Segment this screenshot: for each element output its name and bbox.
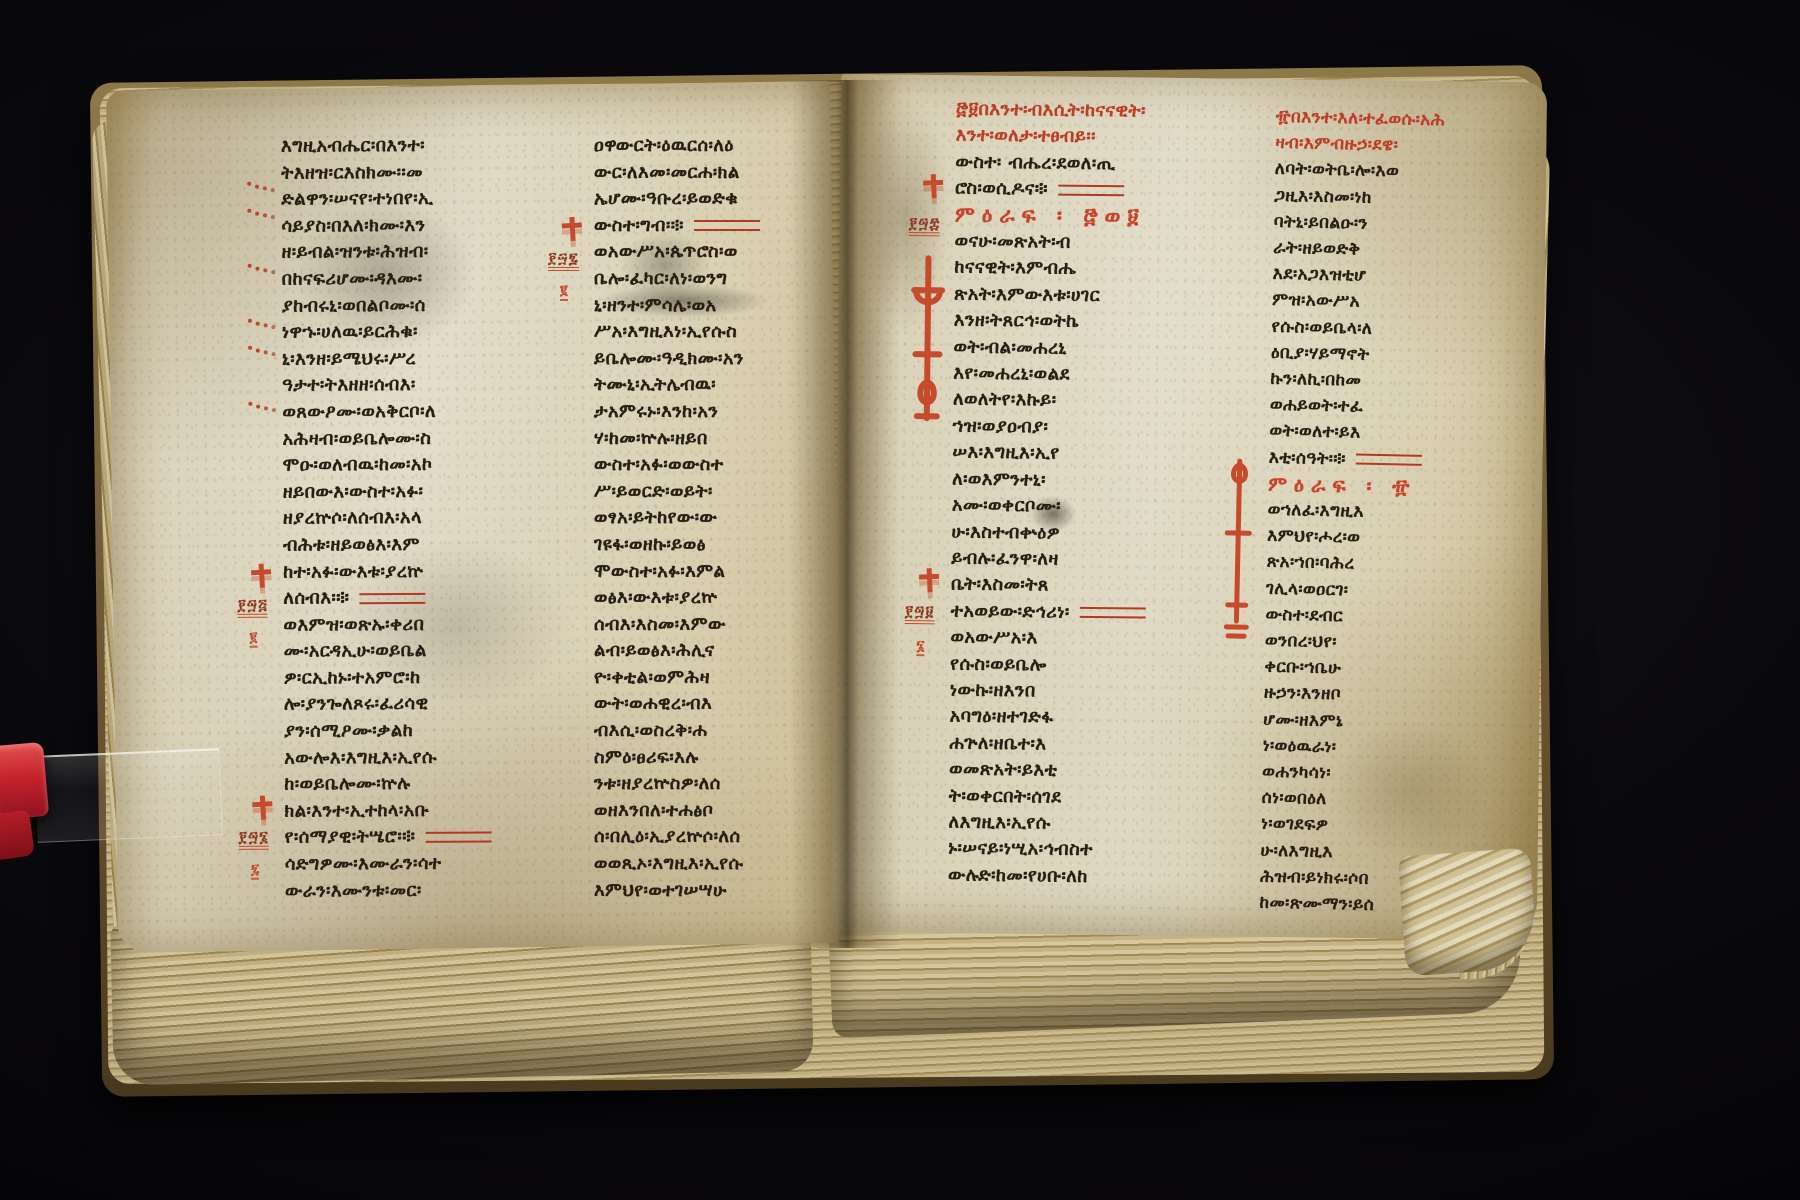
left-page-column-1: እግዚአብሔር፡በእንተ፡ትእዘዝ፡ርእስክሙ፡፡መድልዋን፡ሠናየ፡ተነበየ፡…	[281, 132, 525, 913]
text-line: ልብ፡ይወፅእ፡ሕሊና	[594, 638, 824, 665]
text-line: ኤሆሙ፡ዓቡረ፡ይወድቁ	[594, 186, 824, 213]
text-line: ውስተ፡ ብሔረ፡ደወለ፡ጢ	[955, 149, 1243, 178]
text-line: ወፃአ፡ይትከየው፡ው	[594, 505, 824, 532]
text-line: ሰ፡በሊዕ፡ኢያረኵሶ፡ለሰ	[594, 824, 824, 851]
chapter-heading: ምዕራፍ ፡ ፸ወ፱	[955, 202, 1243, 231]
left-page-column-2: ዐዋውርት፡ዕዉርሰ፡ለዕውር፡ለእመ፡መርሐ፡ክልኤሆሙ፡ዓቡረ፡ይወድቁውስ…	[594, 133, 824, 911]
text-line: ወዘእንበለ፡ተሐፅቦ	[594, 798, 824, 825]
text-line: ኒ፡ዘንተ፡ምሳሌ፡ወአ	[594, 293, 824, 320]
rubric-line: ፸፱በእንተ፡ብእሲት፡ከናናዊት፡	[956, 97, 1244, 126]
text-line: ትሙኒ፡ኢትሌብዉ፡	[594, 372, 824, 399]
section-number: ፻፵፭	[237, 596, 267, 618]
text-line: ቤሎ፡ፈካር፡ለነ፡ወንግ	[594, 266, 824, 293]
text-line: ውሉድ፡ከመ፡የሀቡ፡ለከ	[948, 862, 1236, 891]
text-line: ብሕቱ፡ዘይወፅእ፡እም	[283, 531, 523, 559]
section-number: ፻፵፮	[239, 828, 270, 850]
text-line: እምህየ፡ወተገሠሣሁ	[594, 878, 824, 905]
text-line: ኒ፡እንዘ፡ይሜህሩ፡ሥረ	[282, 345, 522, 373]
rubric-line: እንተ፡ወለታ፡ተፀብይ፡፡	[956, 123, 1244, 152]
paragraph-cross-icon	[251, 563, 272, 588]
text-line: ውር፡ለእመ፡መርሐ፡ክል	[594, 160, 824, 187]
text-line: ይብሉ፡ፈንዋ፡ለዛ	[951, 545, 1239, 574]
text-line: ሞዑ፡ወለብዉ፡ከመ፡አኮ	[283, 451, 523, 479]
text-line: ዘይበውእ፡ውስተ፡አፉ፡	[283, 478, 523, 506]
text-line: ዮ፡ቀቲል፡ወምሕዛ	[594, 665, 824, 692]
canon-number: ፪	[250, 630, 258, 648]
text-line: ዎ፡ርኢከኑ፡ተአምሮ፡ከ	[284, 664, 524, 692]
text-line: አሕዛብ፡ወይቤሎሙ፡ስ	[282, 425, 522, 453]
text-line: ያን፡ሰሚዖሙ፡ቃልከ	[284, 717, 524, 745]
section-number: ፻፵፯	[548, 249, 579, 271]
text-line: ት፡ወቀርበት፡ሰገደ	[949, 783, 1237, 812]
text-line: ስምዕ፡ፀሪፍ፡እሉ	[594, 745, 824, 772]
text-line: ወእምዝ፡ወጽኡ፡ቀሪበ	[283, 611, 523, 639]
text-line: ሳይያስ፡በእለ፡ክሙ፡እን	[281, 212, 521, 240]
text-line: ወፅእ፡ውእቱ፡ያረኵ	[594, 585, 824, 612]
section-number: ፻፵፰	[909, 214, 941, 236]
text-line: ሳድግዎሙ፡እሙራን፡ሳተ	[285, 850, 525, 878]
text-line: በከናፍሪሆሙ፡ዳእሙ፡	[282, 265, 522, 293]
text-line: ውራን፡እሙንቱ፡መር፡	[285, 877, 525, 905]
text-line: ለ፡ወእምንተኒ፡	[952, 466, 1240, 495]
text-line: ጽአት፡እምውእቱ፡ሀገር	[954, 281, 1242, 310]
canon-number: ፮	[916, 638, 924, 656]
text-line: የሱስ፡ወይቤሎ	[950, 651, 1238, 680]
text-line: ውስተ፡አፉ፡ወውስተ	[594, 452, 824, 479]
red-rule	[1080, 607, 1146, 619]
text-line: ወመጽአት፡ይእቲ	[949, 757, 1237, 786]
text-line: ትእዘዝ፡ርእስክሙ፡፡መ	[281, 159, 521, 187]
text-line: ለሰብእ፡፨	[283, 584, 523, 612]
canon-number: ፯	[251, 862, 260, 880]
text-line: ሥአ፡እግዚእነ፡ኢየሱስ	[594, 319, 824, 346]
text-line: ሐጕለ፡ዘቤተ፡እ	[949, 730, 1237, 759]
red-rule	[359, 592, 425, 603]
ornamental-cross-icon	[909, 254, 947, 433]
text-line: ኀዝ፡ወያዐብያ፡	[953, 413, 1241, 442]
red-rule	[425, 831, 491, 842]
text-line: ወአውሥአ፡ጴጥሮስ፡ወ	[594, 239, 824, 266]
text-line: ከመ፡ጽሙማን፡ይሰ	[1259, 890, 1482, 921]
text-line: ለእግዚእ፡ኢየሱ	[948, 809, 1236, 838]
text-line: ወናሁ፡መጽአት፡ብ	[955, 229, 1243, 258]
text-line: ሃ፡ከመ፡ኵሉ፡ዘይበ	[594, 426, 824, 453]
text-line: ሎ፡ያንጐለጾሩ፡ፈሪሳዊ	[284, 691, 524, 719]
clear-bookmark-strip	[34, 748, 222, 843]
text-line: ብእሲ፡ወስረቅ፡ሐ	[594, 718, 824, 745]
text-line: እንዘ፡ትጸርኅ፡ወትኬ	[954, 308, 1242, 337]
red-bookmark-tail	[0, 809, 35, 860]
text-line: ሁ፡እስተብቍዕዎ	[951, 519, 1239, 548]
text-line: ዓታተ፡ትእዘዘ፡ሰብእ፡	[282, 372, 522, 400]
text-line: ዘያረኵሶ፡ለሰብእ፡አላ	[283, 505, 523, 533]
text-line: ወአውሥአ፡እ	[950, 625, 1238, 654]
text-line: ከናናዊት፡እምብሔ	[954, 255, 1242, 284]
section-number: ፻፵፱	[905, 602, 935, 624]
paragraph-cross-icon	[252, 795, 273, 820]
text-line: ሰብእ፡እስመ፡እምው	[594, 612, 824, 639]
text-line: ኑ፡ሠናይ፡ነሢአ፡ኅብስተ	[948, 836, 1236, 865]
text-line: ተአወይው፡ድኅሪነ፡	[951, 598, 1239, 627]
text-line: ከተ፡አፉ፡ውእቱ፡ያረኵ	[283, 558, 523, 586]
text-line: ክል፡እንተ፡ኢተከላ፡አቡ	[284, 797, 524, 825]
text-line: ሮስ፡ወሲዶና፨	[955, 176, 1243, 205]
canon-number: ፪	[560, 283, 568, 301]
red-rule	[1356, 454, 1422, 466]
text-line: ገዩፋ፡ወዘኩ፡ይወፅ	[594, 532, 824, 559]
text-line: ወወጺኦ፡እግዚእ፡ኢየሱ	[594, 851, 824, 878]
manuscript-photo: እግዚአብሔር፡በእንተ፡ትእዘዝ፡ርእስክሙ፡፡መድልዋን፡ሠናየ፡ተነበየ፡…	[0, 0, 1800, 1200]
text-line: የ፡ሰማያዊ፡ትሤሮ፡፨	[285, 824, 525, 852]
text-line: አሙ፡ወቀርቦሙ፡	[952, 493, 1240, 522]
text-line: ሙ፡አርዳኢሁ፡ወይቤል	[284, 638, 524, 666]
text-line: ድልዋን፡ሠናየ፡ተነበየ፡ኢ	[281, 186, 521, 214]
paragraph-cross-icon	[923, 174, 944, 199]
text-line: ወት፡ብል፡መሐረኒ	[953, 334, 1241, 363]
text-line: ውት፡ወሐዊረ፡ብእ	[594, 691, 824, 718]
text-line: ይቤሎሙ፡ዓዲክሙ፡አን	[594, 346, 824, 373]
red-bookmark-tab	[0, 742, 49, 820]
ornamental-staff-icon	[1221, 455, 1255, 654]
text-line: ነውኩ፡ዘእንበ	[950, 677, 1238, 706]
text-line: ነዋኁ፡ሀለዉ፡ይርሕቁ፡	[282, 319, 522, 347]
text-line: ታአምሩኑ፡እንከ፡አን	[594, 399, 824, 426]
text-line: እየ፡መሐረኒ፡ወልደ	[953, 361, 1241, 390]
text-line: ሞውስተ፡አፉ፡እምል	[594, 559, 824, 586]
right-page-column-2: ፹በእንተ፡እለ፡ተፈወሱ፡አሕዛብ፡እምብዙኃ፡ደዌ፡ለባት፡ወትቤ፡ሎ፡እወ…	[1260, 104, 1498, 896]
text-line: ቤት፡እስመ፡ትጸ	[951, 572, 1239, 601]
text-line: ሥ፡ይወርድ፡ወይት፡	[594, 479, 824, 506]
text-line: እግዚአብሔር፡በእንተ፡	[281, 132, 521, 160]
text-line: ዘ፡ይብል፡ዝንቱ፡ሕዝብ፡	[282, 239, 522, 267]
text-line: ለወለትየ፡እኩይ፡	[953, 387, 1241, 416]
text-line: ከ፡ወይቤሎሙ፡ኵሉ	[284, 771, 524, 799]
right-page-column-1: ፸፱በእንተ፡ብእሲት፡ከናናዊት፡እንተ፡ወለታ፡ተፀብይ፡፡ውስተ፡ ብሔረ…	[948, 97, 1244, 896]
text-line: ውስተ፡ግብ፡፨	[594, 213, 824, 240]
text-line: አውሎእ፡እግዚእ፡ኢየሱ	[284, 744, 524, 772]
red-rule	[1058, 184, 1124, 196]
red-rule	[694, 220, 760, 231]
text-line: ያከብሩኒ፡ወበልቦሙ፡ሰ	[282, 292, 522, 320]
text-line: ንቱ፡ዘያረኵስዎ፡ለሰ	[594, 771, 824, 798]
text-line: ሠእ፡እግዚእ፡ኢየ	[952, 440, 1240, 469]
paragraph-cross-icon	[561, 216, 582, 241]
text-line: አባግዕ፡ዘተገድፋ	[950, 704, 1238, 733]
text-line: ዐዋውርት፡ዕዉርሰ፡ለዕ	[594, 133, 824, 160]
text-line: ወጸውዖሙ፡ወአቅርቦ፡ለ	[282, 398, 522, 426]
paragraph-cross-icon	[919, 568, 940, 593]
